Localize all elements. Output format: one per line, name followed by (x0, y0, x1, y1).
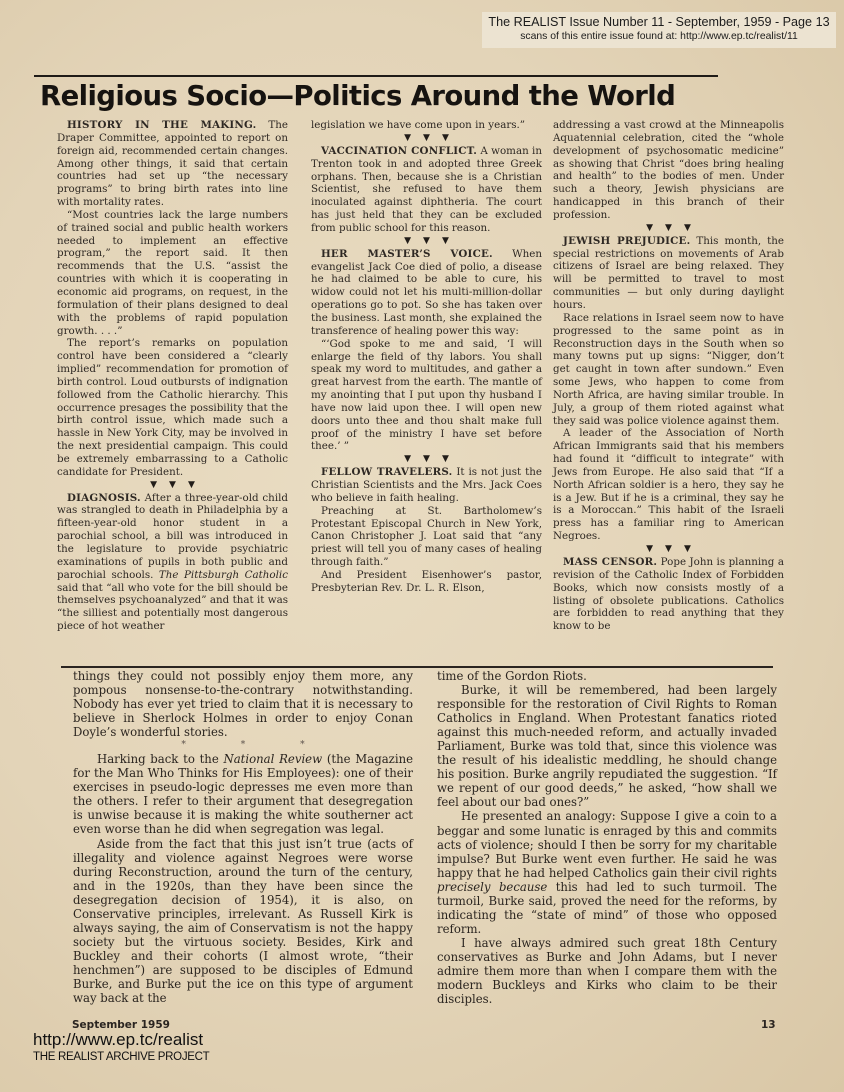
section-heading-vaccination: VACCINATION CONFLICT. (321, 145, 477, 157)
section-heading-mass-censor: MASS CENSOR. (563, 556, 657, 568)
history-paragraph-2: “Most countries lack the large numbers o… (57, 209, 288, 337)
section-divider-triangles-icon: ▼▼▼ (311, 132, 542, 145)
fellow-travelers-paragraph-1: FELLOW TRAVELERS. It is not just the Chr… (311, 466, 542, 505)
section-divider-rule (61, 666, 773, 668)
article-column-2: legislation we have come upon in years.”… (311, 119, 542, 595)
archive-stamp-title: The REALIST Issue Number 11 - September,… (482, 12, 836, 30)
section-heading-masters-voice: HER MASTER’S VOICE. (321, 248, 493, 260)
section-divider-triangles-icon: ▼▼▼ (311, 235, 542, 248)
vaccination-paragraph-1: VACCINATION CONFLICT. A woman in Trenton… (311, 145, 542, 235)
section-heading-diagnosis: DIAGNOSIS. (67, 492, 141, 504)
lower-right-paragraph-0: time of the Gordon Riots. (437, 669, 777, 683)
jewish-prejudice-paragraph-3: A leader of the Association of North Afr… (553, 427, 784, 543)
emphasis-text: precisely because (437, 880, 547, 894)
article-column-1: HISTORY IN THE MAKING. The Draper Commit… (57, 119, 288, 633)
continued-text: legislation we have come upon in years.” (311, 119, 542, 132)
lower-right-paragraph-3: I have always admired such great 18th Ce… (437, 936, 777, 1006)
publication-title: The Pittsburgh Catholic (159, 569, 288, 581)
continued-text: addressing a vast crowd at the Minneapol… (553, 119, 784, 222)
headline-top-rule (34, 75, 718, 77)
archive-stamp-link[interactable]: scans of this entire issue found at: htt… (482, 30, 836, 43)
page-headline: Religious Socio—Politics Around the Worl… (40, 78, 720, 116)
jewish-prejudice-paragraph-1: JEWISH PREJUDICE. This month, the specia… (553, 235, 784, 312)
jewish-prejudice-paragraph-2: Race relations in Israel seem now to hav… (553, 312, 784, 428)
lower-right-paragraph-2: He presented an analogy: Suppose I give … (437, 809, 777, 935)
section-divider-triangles-icon: ▼▼▼ (57, 479, 288, 492)
asterisk-divider-icon: * * * (73, 739, 413, 752)
archive-project-name: THE REALIST ARCHIVE PROJECT (33, 1051, 209, 1063)
history-paragraph-1: HISTORY IN THE MAKING. The Draper Commit… (57, 119, 288, 209)
section-heading-fellow-travelers: FELLOW TRAVELERS. (321, 466, 452, 478)
archive-stamp: The REALIST Issue Number 11 - September,… (482, 12, 836, 48)
archive-url-link[interactable]: http://www.ep.tc/realist (33, 1030, 203, 1050)
lower-left-paragraph-2: Harking back to the National Review (the… (73, 752, 413, 836)
masters-voice-quote: “‘God spoke to me and said, ‘I will enla… (311, 338, 542, 454)
history-paragraph-3: The report’s remarks on population contr… (57, 337, 288, 478)
masters-voice-paragraph-1: HER MASTER’S VOICE. When evangelist Jack… (311, 248, 542, 338)
lower-left-paragraph-1: things they could not possibly enjoy the… (73, 669, 413, 739)
section-divider-triangles-icon: ▼▼▼ (553, 543, 784, 556)
diagnosis-paragraph-1: DIAGNOSIS. After a three-year-old child … (57, 492, 288, 633)
lower-article-column-right: time of the Gordon Riots. Burke, it will… (437, 669, 777, 1006)
fellow-travelers-paragraph-3: And President Eisenhower’s pastor, Presb… (311, 569, 542, 595)
page-number: 13 (761, 1019, 776, 1031)
section-divider-triangles-icon: ▼▼▼ (553, 222, 784, 235)
publication-title: National Review (223, 752, 322, 766)
section-divider-triangles-icon: ▼▼▼ (311, 453, 542, 466)
section-heading-history: HISTORY IN THE MAKING. (67, 119, 256, 131)
lower-left-paragraph-3: Aside from the fact that this just isn’t… (73, 837, 413, 1006)
article-column-3: addressing a vast crowd at the Minneapol… (553, 119, 784, 633)
fellow-travelers-paragraph-2: Preaching at St. Bartholomew’s Protestan… (311, 505, 542, 569)
lower-article-column-left: things they could not possibly enjoy the… (73, 669, 413, 1005)
section-heading-jewish-prejudice: JEWISH PREJUDICE. (563, 235, 690, 247)
lower-right-paragraph-1: Burke, it will be remembered, had been l… (437, 683, 777, 809)
mass-censor-paragraph-1: MASS CENSOR. Pope John is planning a rev… (553, 556, 784, 633)
